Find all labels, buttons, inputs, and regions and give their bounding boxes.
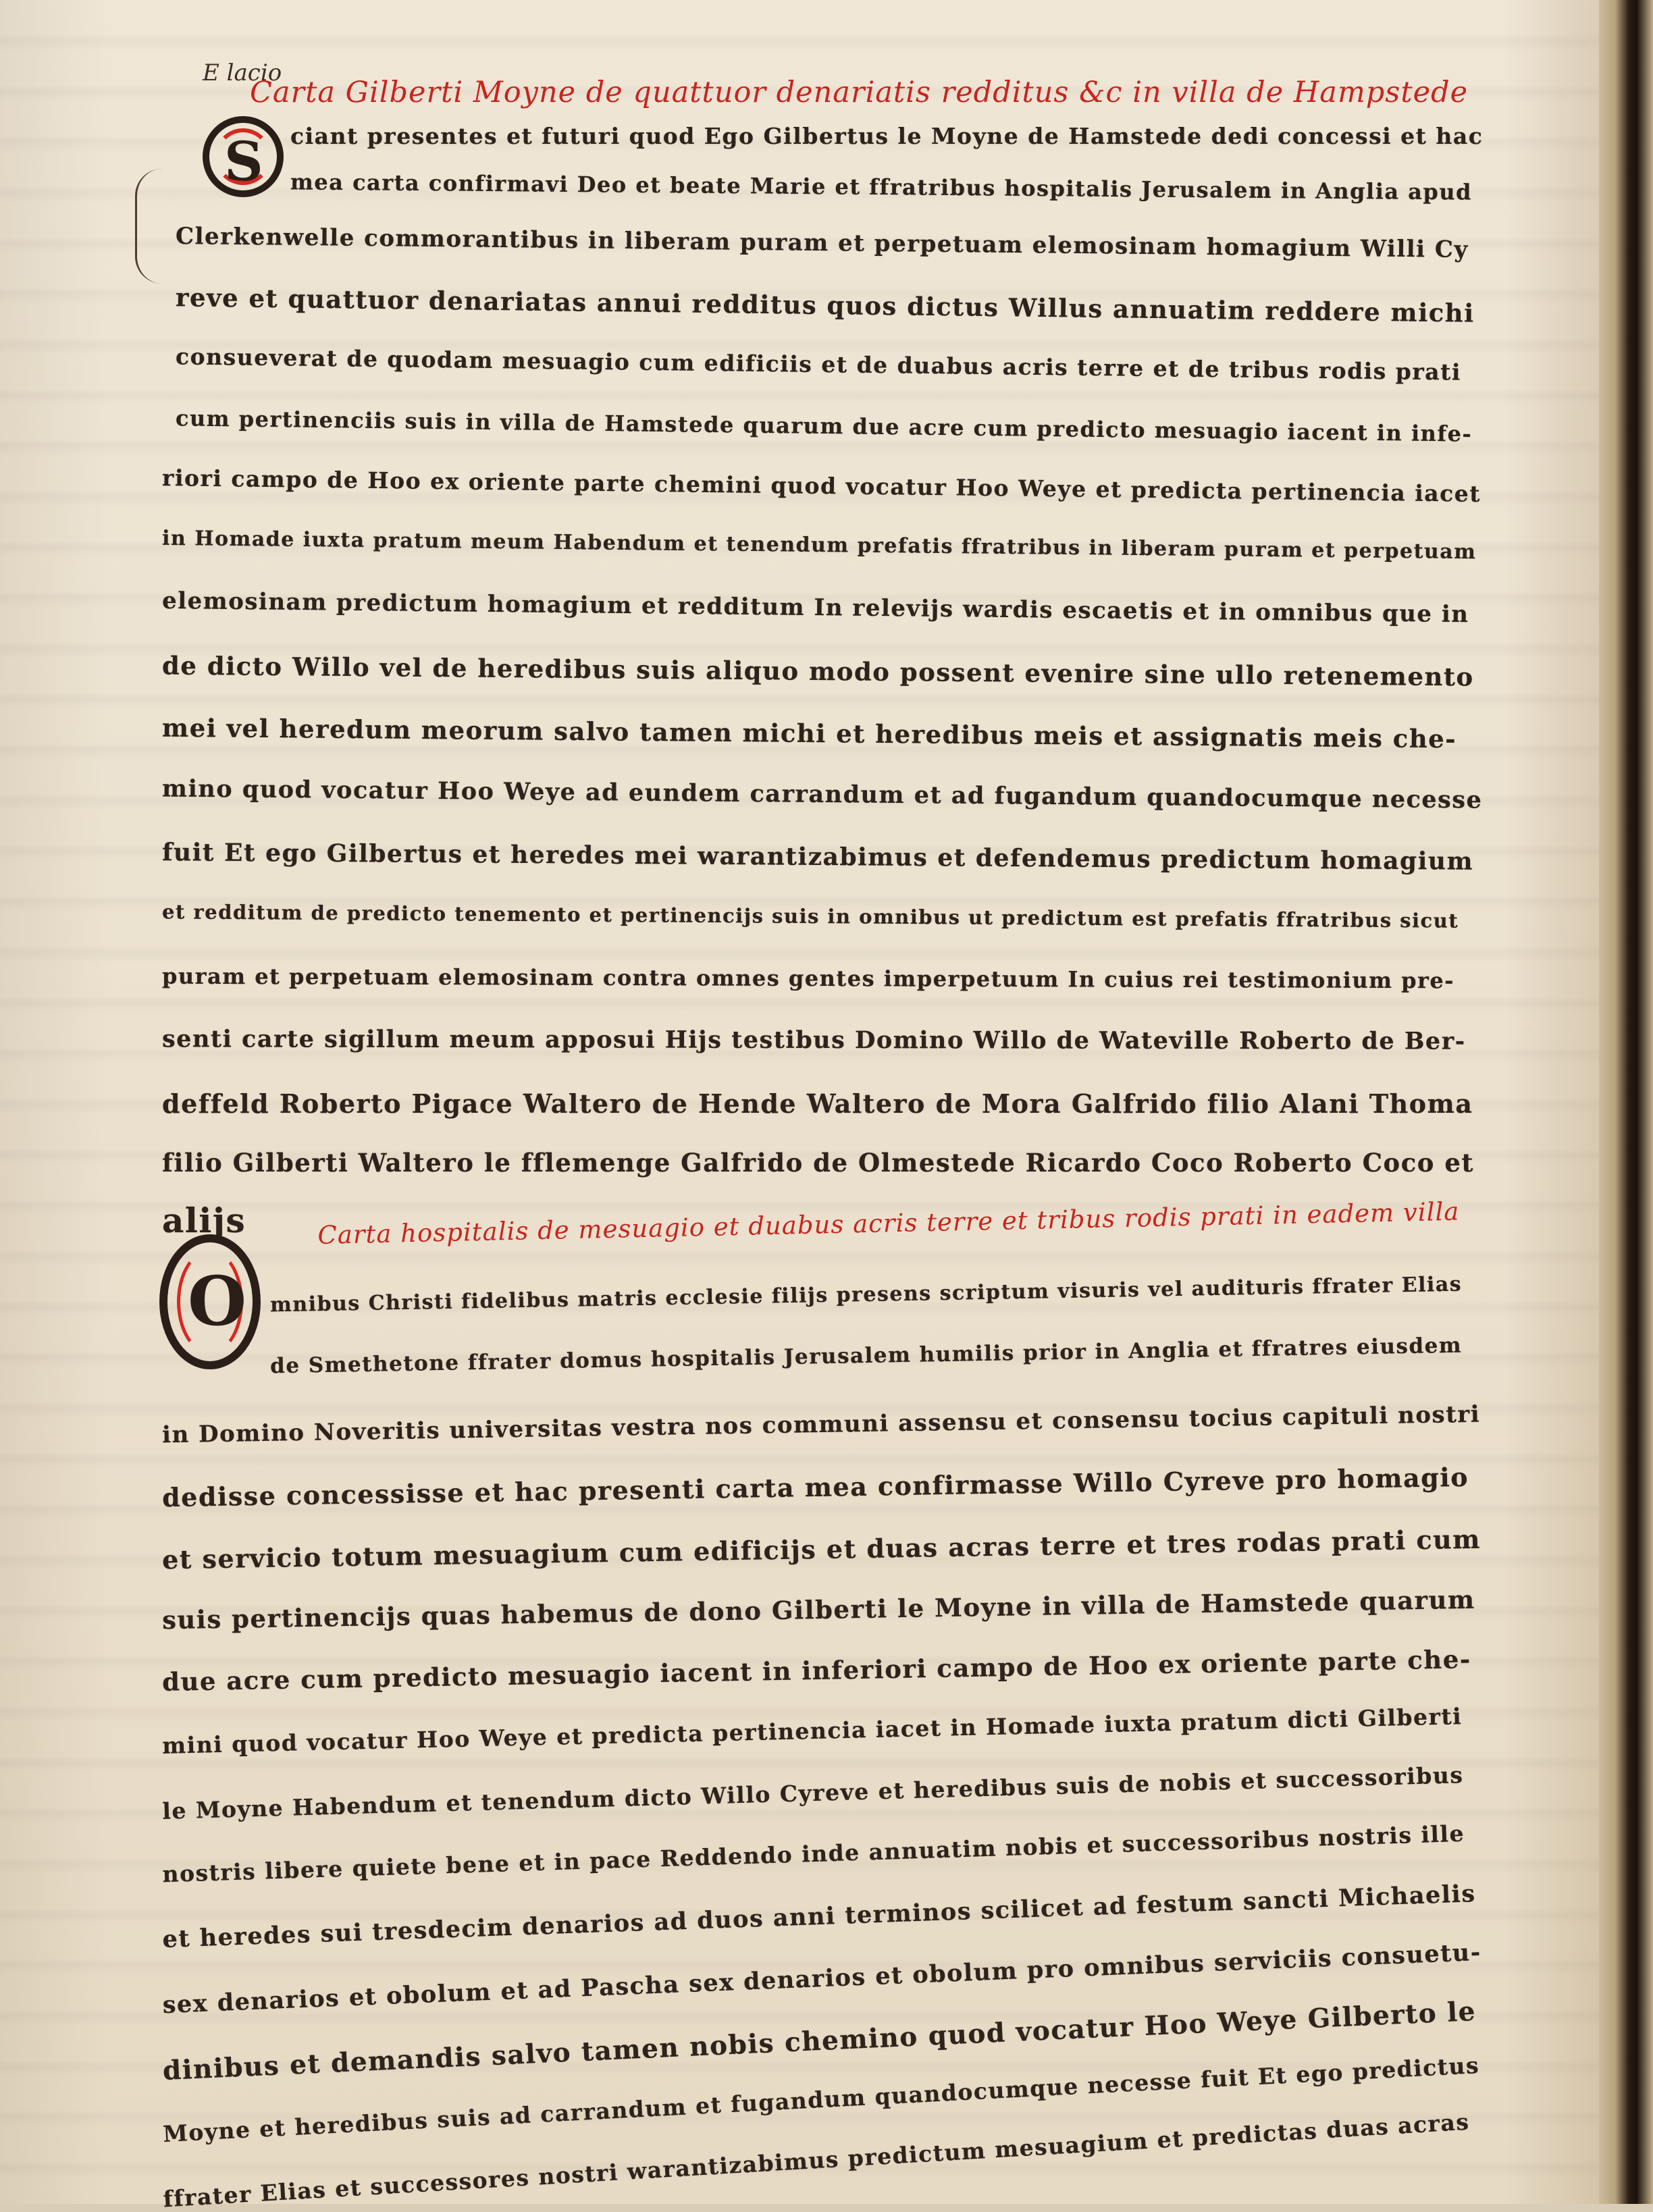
charter-2-line: mnibus Christi fidelibus matris ecclesie…	[270, 1273, 1463, 1317]
charter-1-line: deffeld Roberto Pigace Waltero de Hende …	[162, 1088, 1473, 1119]
charter-1-line: ciant presentes et futuri quod Ego Gilbe…	[290, 123, 1483, 149]
initial-letter: O	[188, 1261, 246, 1341]
decorated-initial-o: O	[159, 1234, 261, 1369]
charter-1-line: Clerkenwelle commorantibus in liberam pu…	[176, 223, 1469, 263]
gutter-shadow	[1504, 0, 1599, 2204]
initial-letter: S	[224, 130, 263, 193]
charter-1-line: consueverat de quodam mesuagio cum edifi…	[176, 343, 1461, 385]
charter-2-line: et heredes sui tresdecim denarios ad duo…	[162, 1880, 1476, 1953]
charter-1-line: mea carta confirmavi Deo et beate Marie …	[290, 169, 1472, 205]
charter-1-line: reve et quattuor denariatas annui reddit…	[176, 282, 1475, 328]
charter-2-line: due acre cum predicto mesuagio iacent in…	[162, 1644, 1471, 1697]
charter-2-line: de Smethetone ffrater domus hospitalis J…	[270, 1334, 1463, 1379]
charter-2-line: in Domino Noveritis universitas vestra n…	[162, 1401, 1481, 1449]
charter-1-line: mino quod vocatur Hoo Weye ad eundem car…	[162, 774, 1483, 814]
charter-1-line: elemosinam predictum homagium et redditu…	[162, 587, 1469, 628]
charter-2-rubric: Carta hospitalis de mesuagio et duabus a…	[317, 1197, 1460, 1250]
charter-2-line: dedisse concessisse et hac presenti cart…	[162, 1462, 1469, 1512]
charter-1-rubric: Carta Gilberti Moyne de quattuor denaria…	[250, 76, 1468, 109]
book-edge	[1599, 0, 1653, 2204]
charter-1-line: cum pertinenciis suis in villa de Hamste…	[176, 405, 1473, 446]
charter-1-line: riori campo de Hoo ex oriente parte chem…	[162, 465, 1481, 507]
charter-2-line: suis pertinencijs quas habemus de dono G…	[162, 1585, 1475, 1635]
charter-2-line: le Moyne Habendum et tenendum dicto Will…	[162, 1762, 1464, 1824]
charter-1-line: in Homade iuxta pratum meum Habendum et …	[162, 527, 1477, 564]
charter-2-line: et servicio totum mesuagium cum edificij…	[162, 1524, 1481, 1575]
charter-1-line: mei vel heredum meorum salvo tamen michi…	[162, 713, 1457, 754]
charter-2-line: nostris libere quiete bene et in pace Re…	[162, 1820, 1465, 1888]
charter-1-line: puram et perpetuam elemosinam contra omn…	[162, 964, 1454, 994]
charter-1-line: fuit Et ego Gilbertus et heredes mei war…	[162, 838, 1473, 876]
charter-1-line: senti carte sigillum meum apposui Hijs t…	[162, 1025, 1466, 1055]
manuscript-page: E lacio Carta Gilberti Moyne de quattuor…	[0, 0, 1653, 2204]
charter-2-line: mini quod vocatur Hoo Weye et predicta p…	[162, 1703, 1463, 1759]
charter-1-line: filio Gilberti Waltero le fflemenge Galf…	[162, 1148, 1474, 1178]
decorated-initial-s: S	[203, 116, 284, 197]
charter-1-line: de dicto Willo vel de heredibus suis ali…	[162, 651, 1474, 692]
charter-1-line: et redditum de predicto tenemento et per…	[162, 900, 1459, 932]
